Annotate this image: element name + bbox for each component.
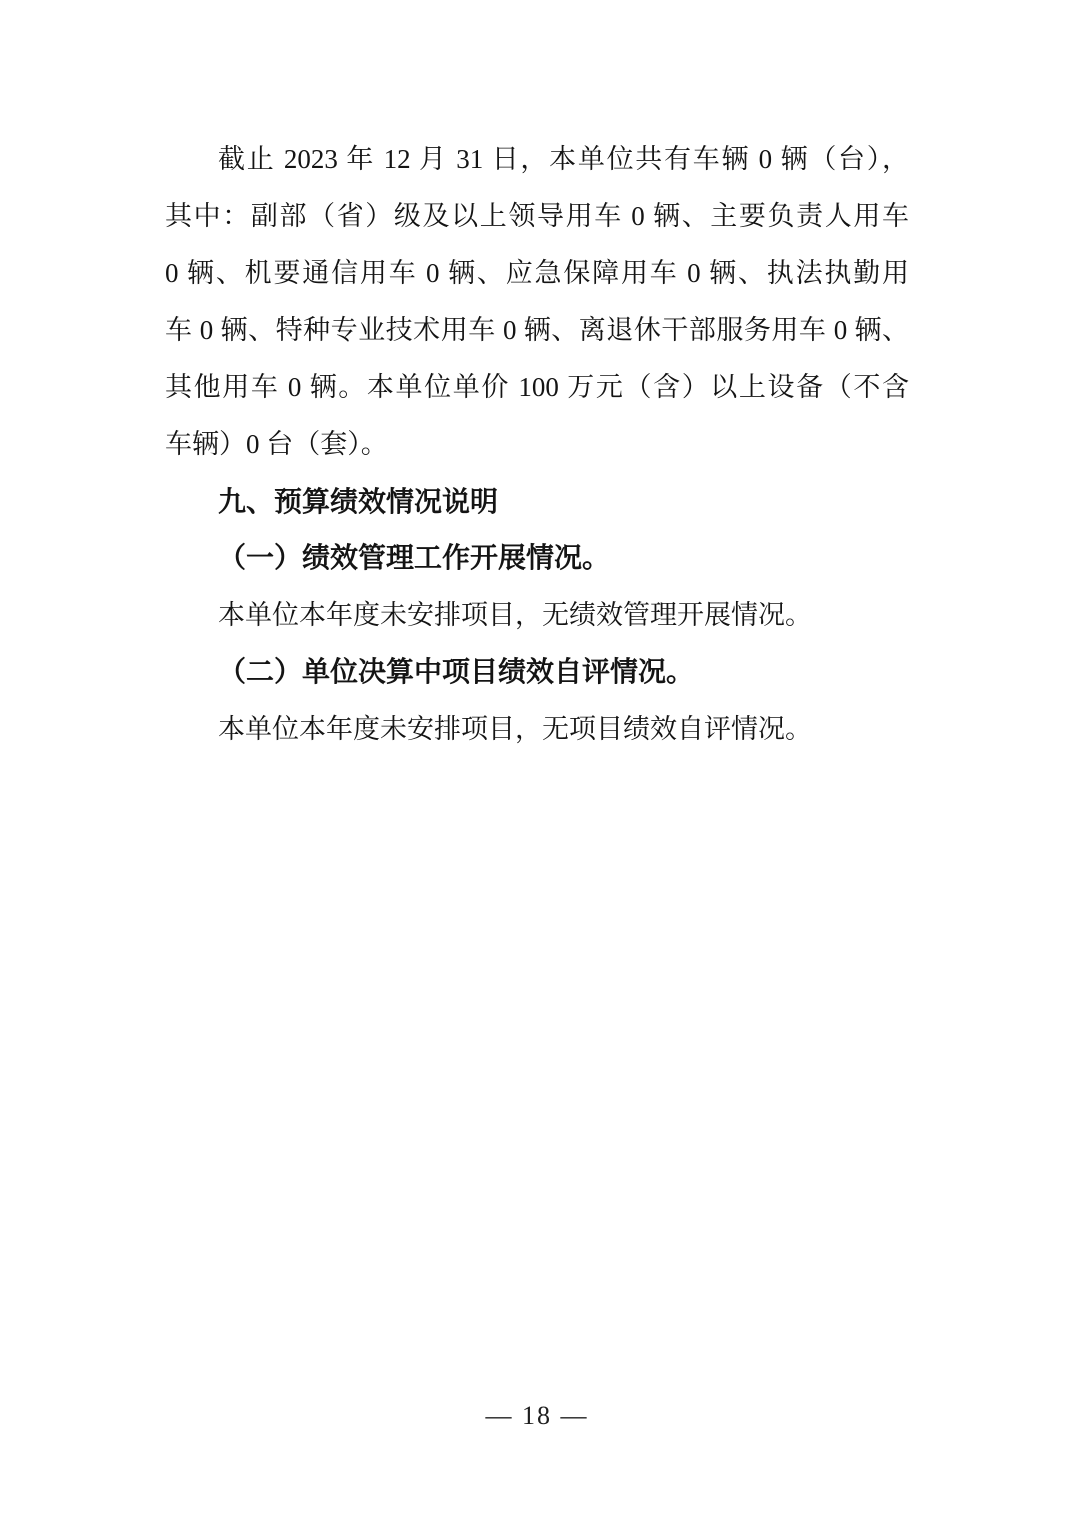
- section-heading-9: 九、预算绩效情况说明: [165, 473, 909, 530]
- paragraph-line: 截止 2023 年 12 月 31 日，本单位共有车辆 0 辆（台），: [165, 131, 909, 188]
- subsection-body-1: 本单位本年度未安排项目，无绩效管理开展情况。: [165, 587, 909, 644]
- document-page: 截止 2023 年 12 月 31 日，本单位共有车辆 0 辆（台）， 其中：副…: [0, 0, 1074, 1520]
- paragraph-line: 0 辆、机要通信用车 0 辆、应急保障用车 0 辆、执法执勤用: [165, 245, 909, 302]
- subsection-body-2: 本单位本年度未安排项目，无项目绩效自评情况。: [165, 701, 909, 758]
- paragraph-line: 其他用车 0 辆。本单位单价 100 万元（含）以上设备（不含: [165, 359, 909, 416]
- paragraph-line: 车辆）0 台（套）。: [165, 416, 909, 473]
- paragraph-line: 车 0 辆、特种专业技术用车 0 辆、离退休干部服务用车 0 辆、: [165, 302, 909, 359]
- subsection-heading-1: （一）绩效管理工作开展情况。: [165, 530, 909, 587]
- subsection-heading-2: （二）单位决算中项目绩效自评情况。: [165, 644, 909, 701]
- document-body: 截止 2023 年 12 月 31 日，本单位共有车辆 0 辆（台）， 其中：副…: [165, 131, 909, 758]
- page-number: — 18 —: [0, 1396, 1074, 1436]
- paragraph-line: 其中：副部（省）级及以上领导用车 0 辆、主要负责人用车: [165, 188, 909, 245]
